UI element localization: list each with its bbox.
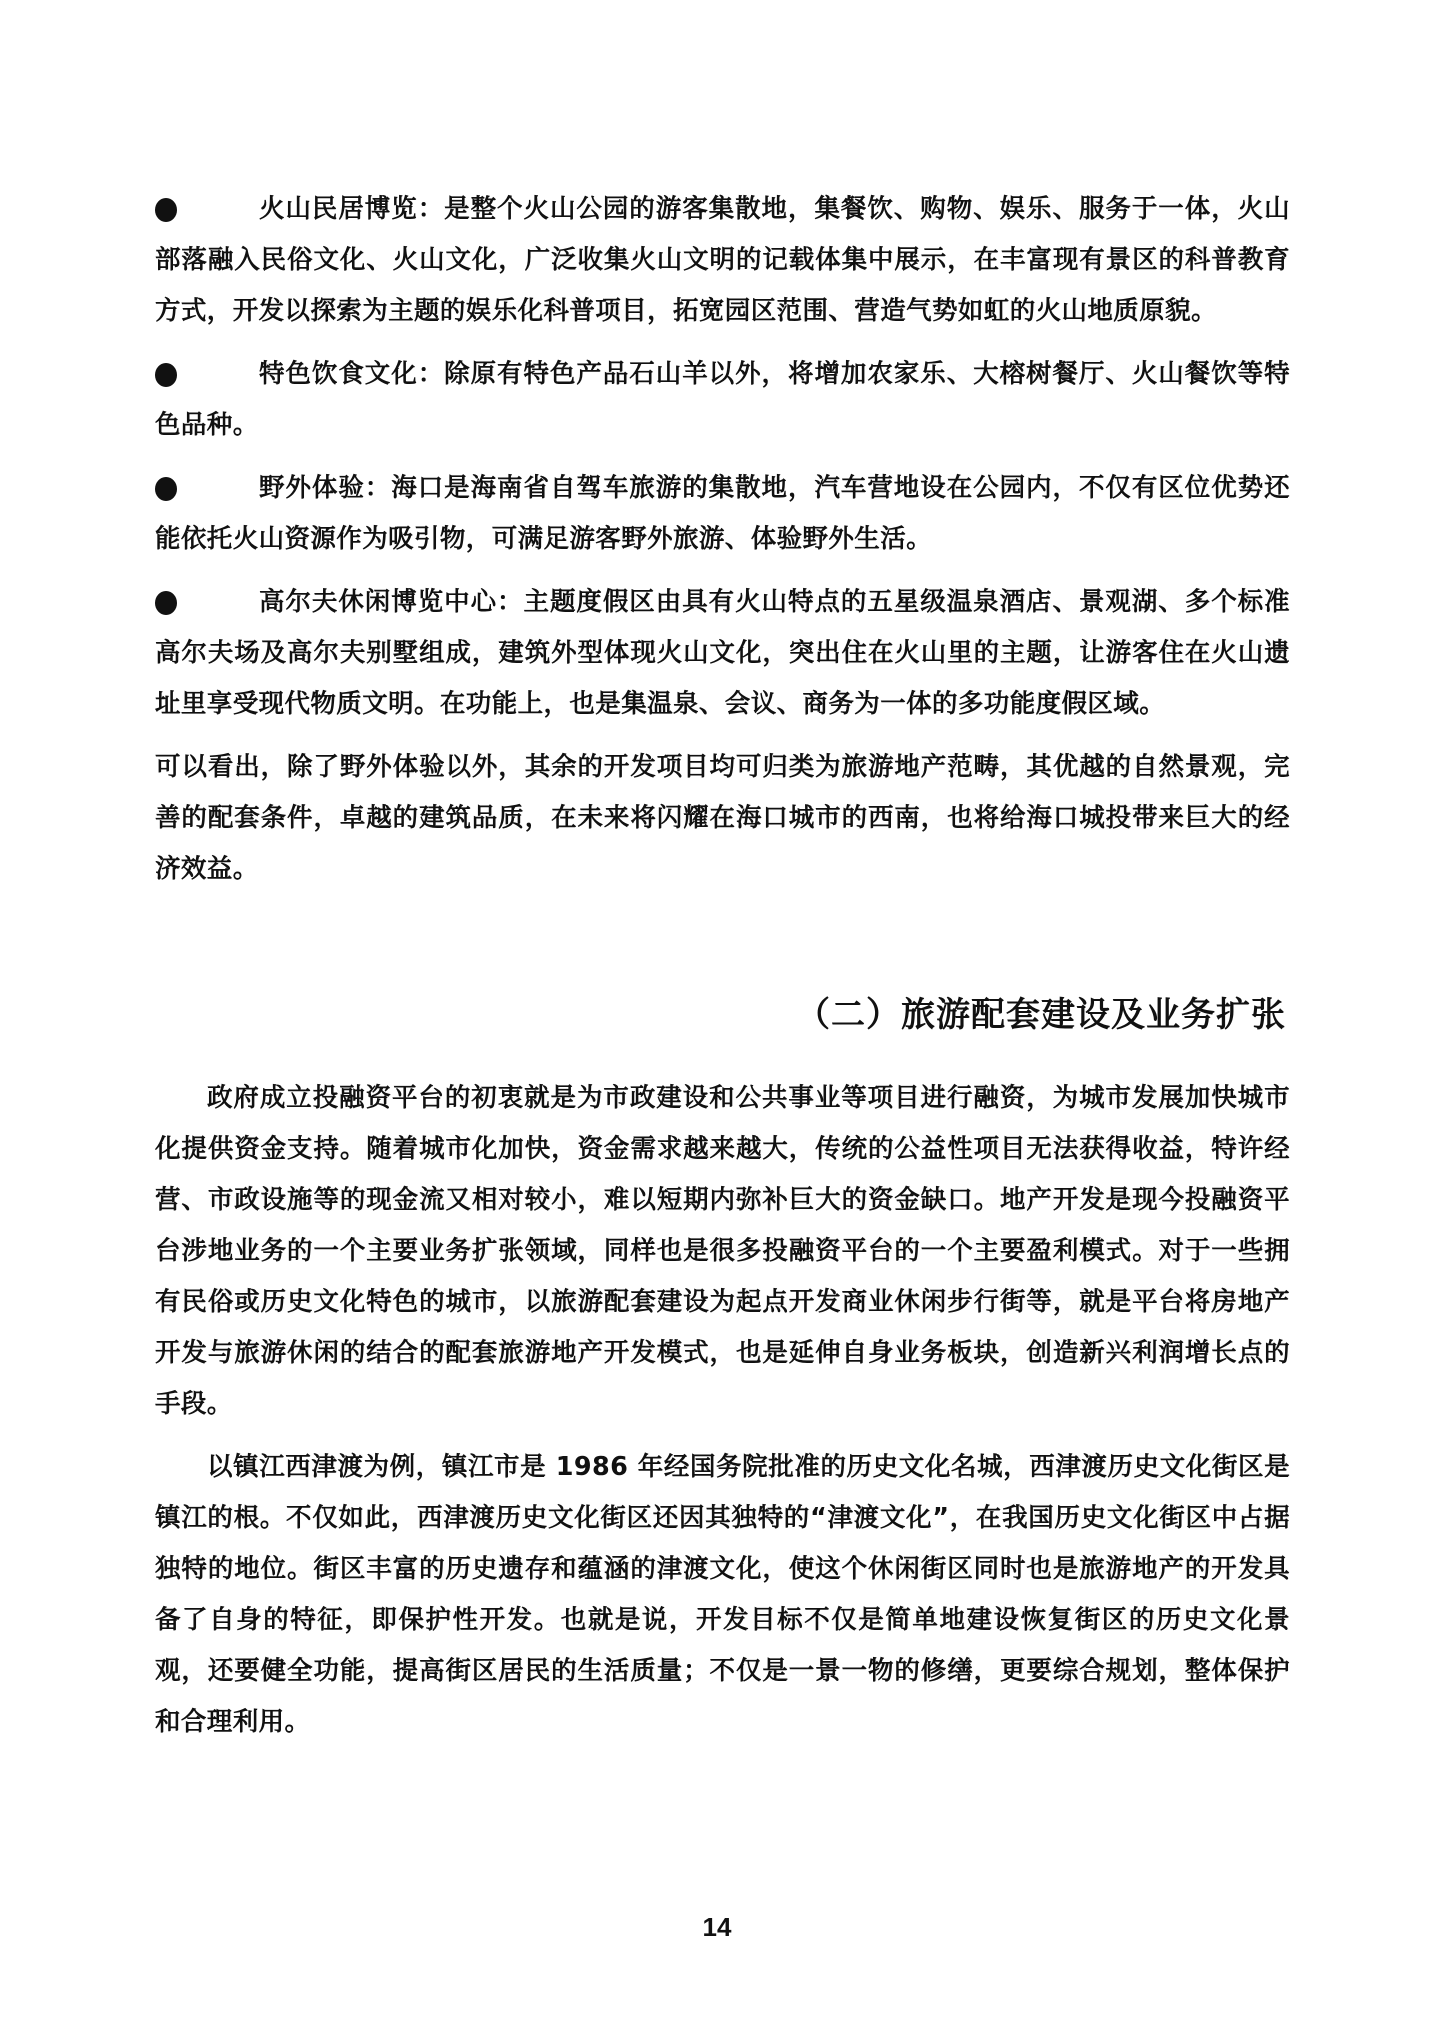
bullet-dot-icon	[155, 477, 177, 501]
document-page: 火山民居博览：是整个火山公园的游客集散地，集餐饮、购物、娱乐、服务于一体，火山部…	[155, 184, 1290, 1748]
bullet-dot-icon	[155, 363, 177, 387]
bullet-dot-icon	[155, 198, 177, 222]
bullet-text: 高尔夫休闲博览中心：主题度假区由具有火山特点的五星级温泉酒店、景观湖、多个标准高…	[155, 577, 1290, 730]
bullet-item-outdoor-experience: 野外体验：海口是海南省自驾车旅游的集散地，汽车营地设在公园内，不仅有区位优势还能…	[155, 463, 1290, 565]
bullet-text: 特色饮食文化：除原有特色产品石山羊以外，将增加农家乐、大榕树餐厅、火山餐饮等特色…	[155, 349, 1290, 451]
summary-paragraph: 可以看出，除了野外体验以外，其余的开发项目均可归类为旅游地产范畴，其优越的自然景…	[155, 742, 1290, 895]
bullet-item-golf-center: 高尔夫休闲博览中心：主题度假区由具有火山特点的五星级温泉酒店、景观湖、多个标准高…	[155, 577, 1290, 730]
bullet-item-volcano-residence: 火山民居博览：是整个火山公园的游客集散地，集餐饮、购物、娱乐、服务于一体，火山部…	[155, 184, 1290, 337]
page-number: 14	[0, 1912, 1434, 1943]
bullet-text: 火山民居博览：是整个火山公园的游客集散地，集餐饮、购物、娱乐、服务于一体，火山部…	[155, 184, 1290, 337]
section-heading: （二）旅游配套建设及业务扩张	[155, 985, 1290, 1045]
bullet-item-food-culture: 特色饮食文化：除原有特色产品石山羊以外，将增加农家乐、大榕树餐厅、火山餐饮等特色…	[155, 349, 1290, 451]
bullet-text: 野外体验：海口是海南省自驾车旅游的集散地，汽车营地设在公园内，不仅有区位优势还能…	[155, 463, 1290, 565]
body-paragraph: 以镇江西津渡为例，镇江市是 1986 年经国务院批准的历史文化名城，西津渡历史文…	[155, 1442, 1290, 1748]
bullet-dot-icon	[155, 591, 177, 615]
body-paragraph: 政府成立投融资平台的初衷就是为市政建设和公共事业等项目进行融资，为城市发展加快城…	[155, 1073, 1290, 1430]
